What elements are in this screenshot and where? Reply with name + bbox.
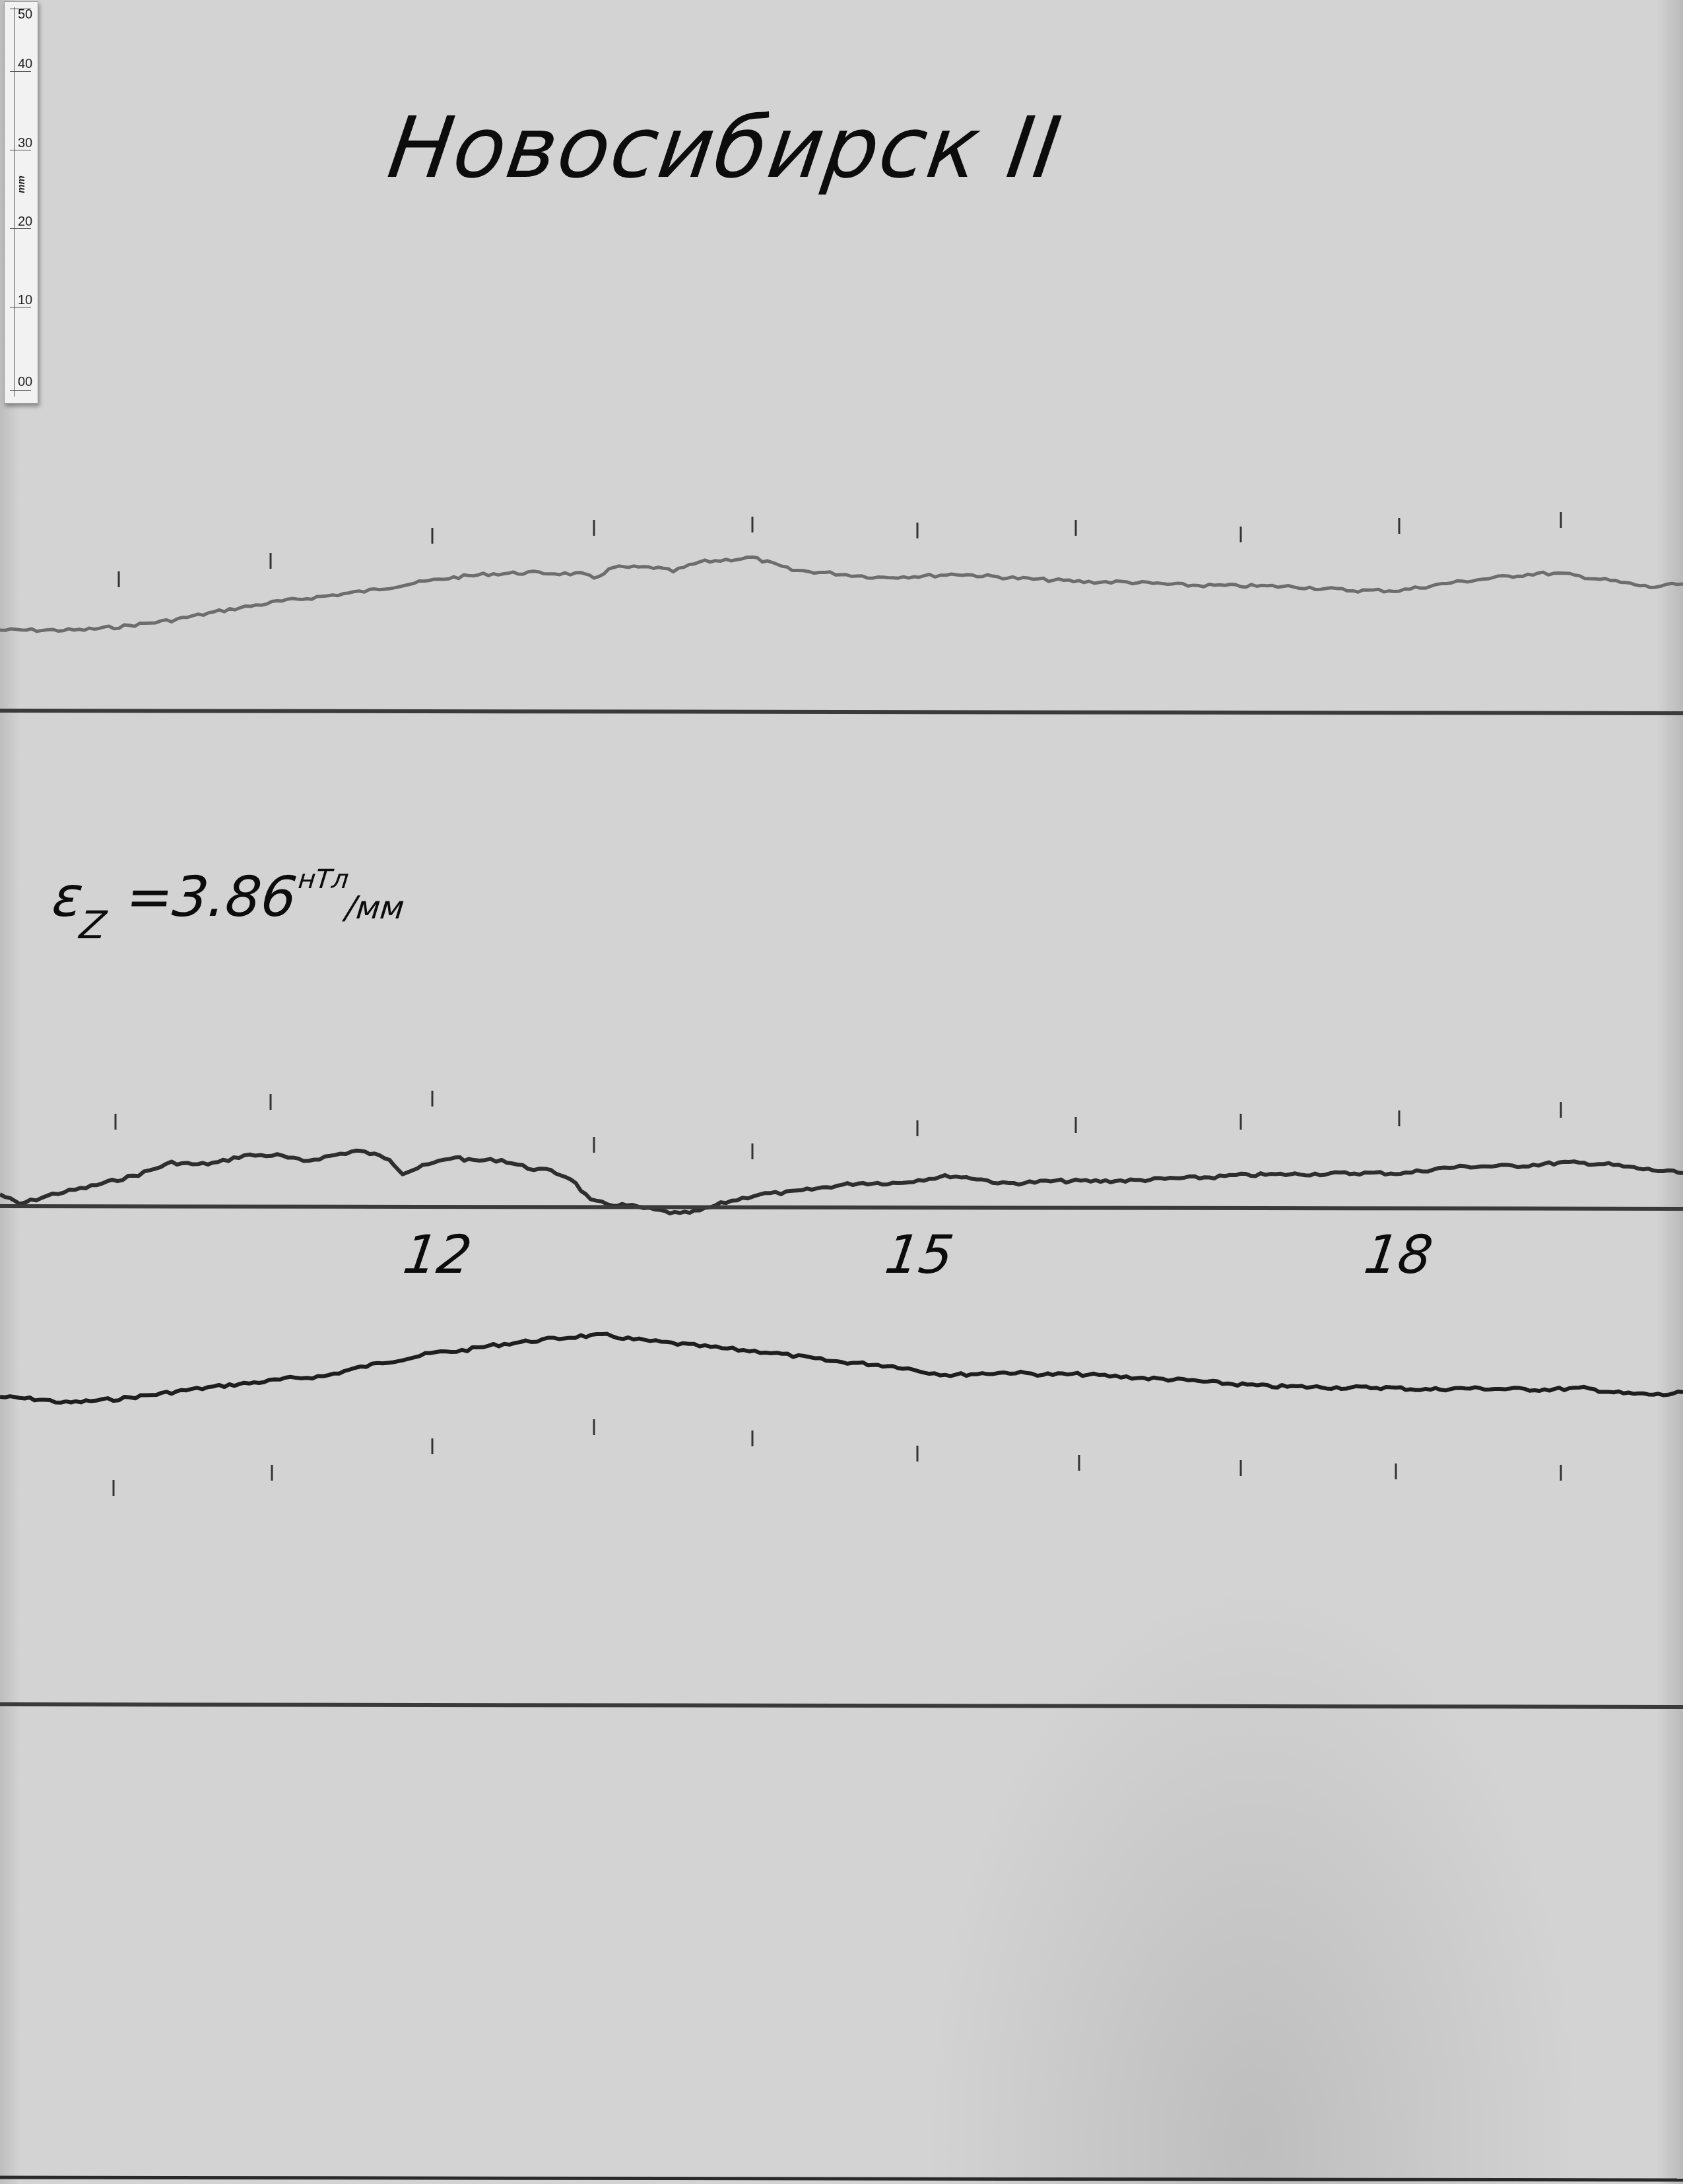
trace-line: [0, 557, 1683, 631]
baseline: [0, 1704, 1683, 1707]
traces: [0, 557, 1683, 1707]
hour-label-15: 15: [881, 1224, 957, 1285]
trace-line: [0, 1334, 1683, 1403]
hour-tick-marks: [114, 512, 1561, 1496]
baseline: [0, 1206, 1683, 1209]
magnetogram-sheet: 50 40 30 20 10 00 mm Новосибирск II εZ =…: [0, 0, 1683, 2184]
sheet-bottom-edge: [0, 2177, 1683, 2180]
trace-line: [0, 1151, 1683, 1213]
trace-plot: [0, 0, 1683, 2184]
hour-label-18: 18: [1360, 1224, 1436, 1285]
baseline: [0, 711, 1683, 713]
hour-label-12: 12: [399, 1224, 475, 1285]
